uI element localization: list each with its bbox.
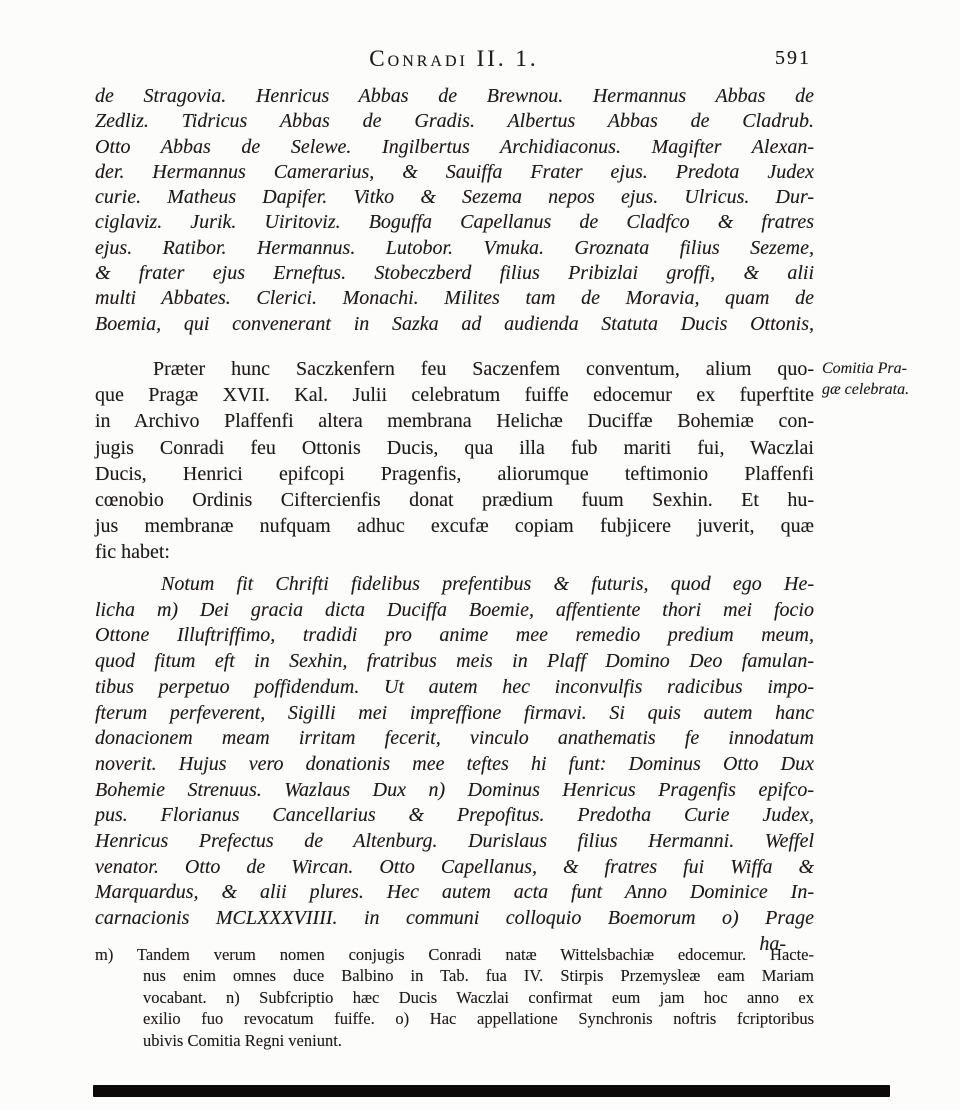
page-title: Conradi II. 1. (369, 46, 538, 71)
text-line: in Archivo Plaffenfi altera membrana Hel… (95, 408, 814, 434)
margin-note: Comitia Pra- gæ celebrata. (822, 358, 956, 400)
text-line: de Stragovia. Henricus Abbas de Brewnou.… (95, 84, 814, 109)
text-line: jugis Conradi feu Ottonis Ducis, qua ill… (95, 435, 814, 461)
text-line: que Pragæ XVII. Kal. Julii celebratum fu… (95, 382, 814, 408)
footnote-line: m) Tandem verum nomen conjugis Conradi n… (95, 944, 814, 965)
text-line: ejus. Ratibor. Hermannus. Lutobor. Vmuka… (95, 236, 814, 261)
scan-edge-bar (93, 1085, 890, 1097)
running-head: Conradi II. 1. 591 (95, 46, 813, 72)
attendees-paragraph: de Stragovia. Henricus Abbas de Brewnou.… (95, 84, 814, 337)
text-line: Ottone Illuftriffimo, tradidi pro anime … (95, 623, 814, 649)
text-line: licha m) Dei gracia dicta Duciffa Boemie… (95, 598, 814, 624)
footnote-line: ubivis Comitia Regni veniunt. (95, 1030, 814, 1051)
footnotes-block: m) Tandem verum nomen conjugis Conradi n… (95, 944, 814, 1051)
text-line: fic habet: (95, 539, 814, 565)
charter-paragraph: Notum fit Chrifti fidelibus prefentibus … (95, 572, 814, 958)
footnote-line: nus enim omnes duce Balbino in Tab. fua … (95, 965, 814, 986)
text-line: pus. Florianus Cancellarius & Prepofitus… (95, 803, 814, 829)
text-line: carnacionis MCLXXXVIIII. in communi coll… (95, 906, 814, 932)
text-line: ciglaviz. Jurik. Uiritoviz. Boguffa Cape… (95, 210, 814, 235)
footnote-line: exilio fuo revocatum fuiffe. o) Hac appe… (95, 1008, 814, 1029)
text-line: jus membranæ nufquam adhuc excufæ copiam… (95, 513, 814, 539)
text-line: Marquardus, & alii plures. Hec autem act… (95, 880, 814, 906)
text-line: cœnobio Ordinis Ciftercienfis donat præd… (95, 487, 814, 513)
text-line: Boemia, qui convenerant in Sazka ad audi… (95, 312, 814, 337)
text-line: Henricus Prefectus de Altenburg. Durisla… (95, 829, 814, 855)
text-line: Otto Abbas de Selewe. Ingilbertus Archid… (95, 135, 814, 160)
text-line: multi Abbates. Clerici. Monachi. Milites… (95, 286, 814, 311)
text-line: Ducis, Henrici epifcopi Pragenfis, alior… (95, 461, 814, 487)
text-line: quod fitum eft in Sexhin, fratribus meis… (95, 649, 814, 675)
text-line: & frater ejus Erneftus. Stobeczberd fili… (95, 261, 814, 286)
text-line: Præter hunc Saczkenfern feu Saczenfem co… (95, 356, 814, 382)
text-line: fterum perfeverent, Sigilli mei impreffi… (95, 701, 814, 727)
text-line: venator. Otto de Wircan. Otto Capellanus… (95, 855, 814, 881)
text-line: Bohemie Strenuus. Wazlaus Dux n) Dominus… (95, 778, 814, 804)
text-line: curie. Matheus Dapifer. Vitko & Sezema n… (95, 185, 814, 210)
margin-note-line: gæ celebrata. (822, 379, 956, 400)
commentary-paragraph: Præter hunc Saczkenfern feu Saczenfem co… (95, 356, 814, 566)
text-line: der. Hermannus Camerarius, & Sauiffa Fra… (95, 160, 814, 185)
page-number: 591 (775, 47, 811, 70)
margin-note-line: Comitia Pra- (822, 358, 956, 379)
footnote-line: vocabant. n) Subfcriptio hæc Ducis Waczl… (95, 987, 814, 1008)
text-line: Notum fit Chrifti fidelibus prefentibus … (95, 572, 814, 598)
text-line: tibus perpetuo poffidendum. Ut autem hec… (95, 675, 814, 701)
text-line: donacionem meam irritam fecerit, vinculo… (95, 726, 814, 752)
text-line: noverit. Hujus vero donationis mee tefte… (95, 752, 814, 778)
text-line: Zedliz. Tidricus Abbas de Gradis. Albert… (95, 109, 814, 134)
book-page: Conradi II. 1. 591 de Stragovia. Henricu… (0, 0, 960, 1110)
